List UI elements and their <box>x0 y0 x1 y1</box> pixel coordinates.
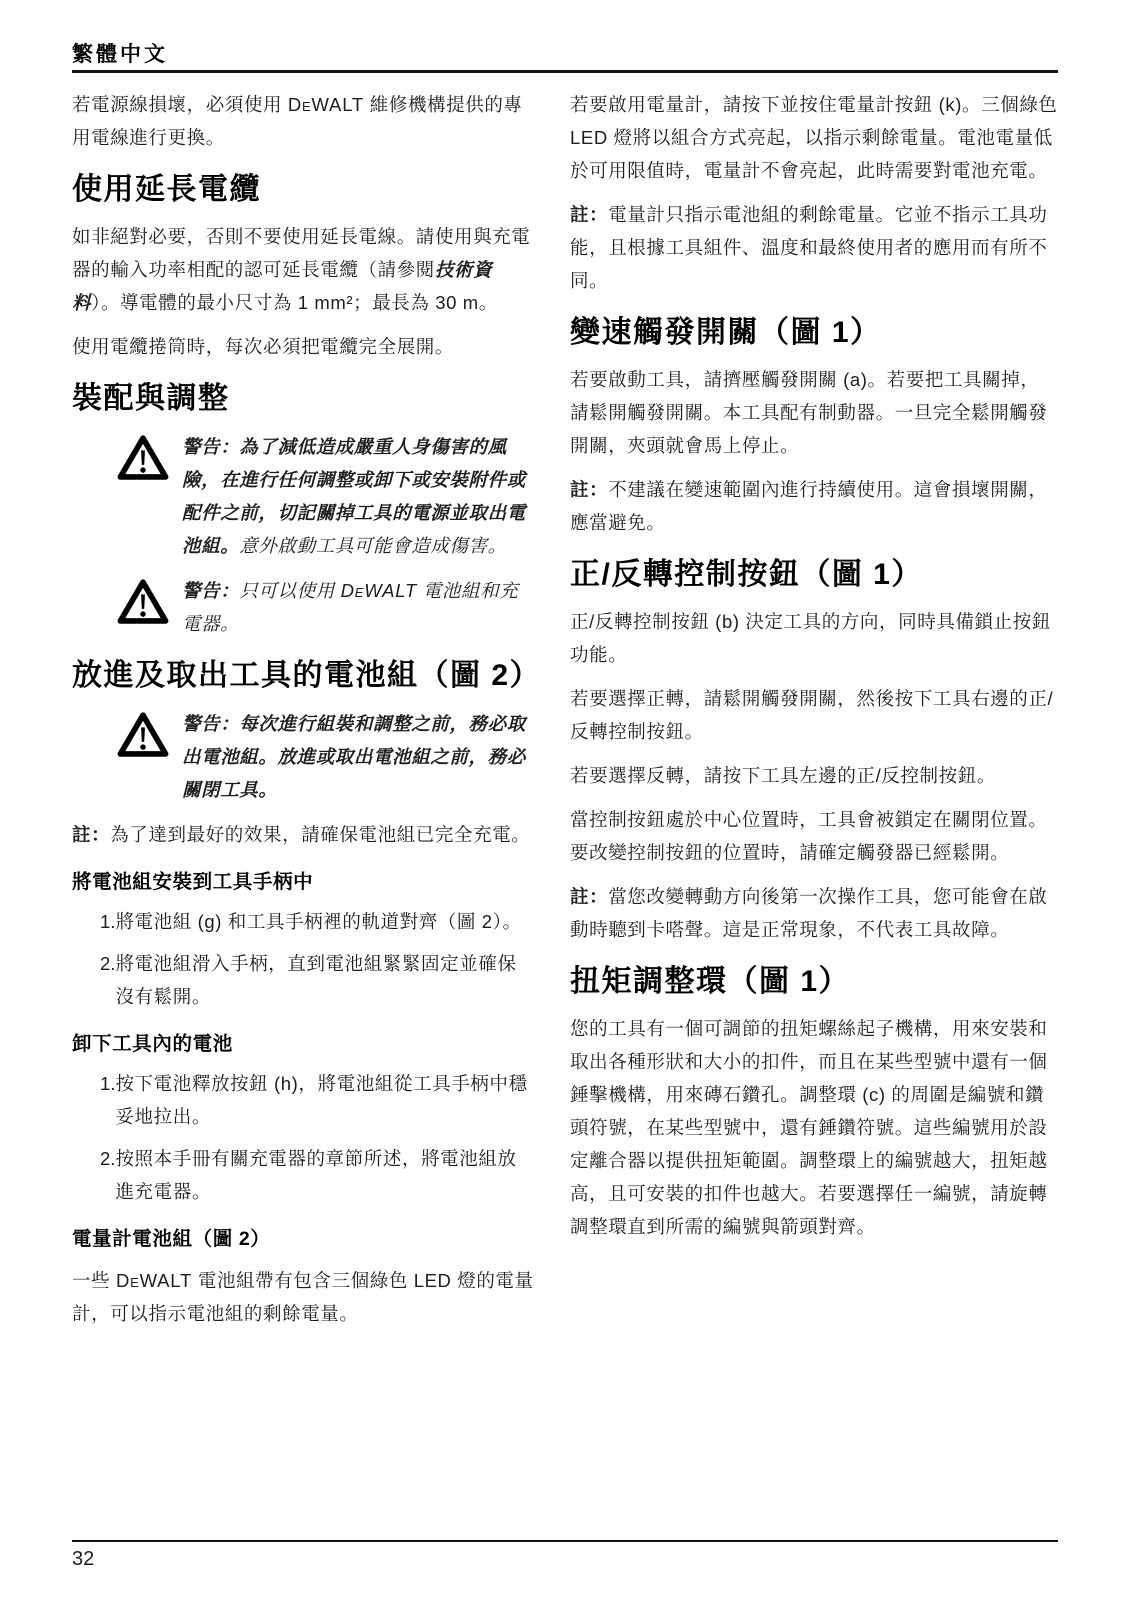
text-segment: 為了達到最好的效果，請確保電池組已完全充電。 <box>110 824 530 845</box>
text-segment: 正/反轉控制按鈕 (b) 決定工具的方向，同時具備鎖止按鈕功能。 <box>570 611 1051 665</box>
text-segment: 將電池組 (g) 和工具手柄裡的軌道對齊（圖 2）。 <box>115 911 521 932</box>
numbered-list: 1.按下電池釋放按鈕 (h)，將電池組從工具手柄中穩妥地拉出。2.按照本手冊有關… <box>72 1067 535 1208</box>
text-segment: 只可以使用 <box>239 580 340 601</box>
text-segment: DeWALT <box>116 1270 192 1291</box>
paragraph: 一些 DeWALT 電池組帶有包含三個綠色 LED 燈的電量計，可以指示電池組的… <box>72 1264 535 1330</box>
list-item-marker: 1. <box>72 1067 115 1133</box>
numbered-list: 1.將電池組 (g) 和工具手柄裡的軌道對齊（圖 2）。2.將電池組滑入手柄，直… <box>72 905 535 1013</box>
warning-note: 警告：為了減低造成嚴重人身傷害的風險，在進行任何調整或卸下或安裝附件或配件之前，… <box>72 430 535 562</box>
section-heading: 放進及取出工具的電池組（圖 2） <box>72 657 535 695</box>
warning-triangle-icon <box>117 579 169 625</box>
section-heading: 扭矩調整環（圖 1） <box>570 963 1058 1001</box>
list-item: 2.將電池組滑入手柄，直到電池組緊緊固定並確保沒有鬆開。 <box>72 947 535 1013</box>
section-heading: 使用延長電纜 <box>72 171 535 209</box>
paragraph: 使用電纜捲筒時，每次必須把電纜完全展開。 <box>72 330 535 363</box>
text-segment: 若要啟動工具，請擠壓觸發開關 (a)。若要把工具關掉，請鬆開觸發開關。本工具配有… <box>570 369 1048 456</box>
text-segment: 電量計只指示電池組的剩餘電量。它並不指示工具功能，且根據工具組件、溫度和最終使用… <box>570 204 1048 291</box>
text-segment: DeWALT <box>288 94 364 115</box>
paragraph: 您的工具有一個可調節的扭矩螺絲起子機構，用來安裝和取出各種形狀和大小的扣件，而且… <box>570 1012 1058 1243</box>
list-item-marker: 2. <box>72 1142 115 1208</box>
text-segment: 按下電池釋放按鈕 (h)，將電池組從工具手柄中穩妥地拉出。 <box>115 1073 527 1127</box>
footer-rule <box>72 1540 1058 1542</box>
text-segment: 若要啟用電量計，請按下並按住電量計按鈕 (k)。三個綠色 LED 燈將以組合方式… <box>570 94 1058 181</box>
section-heading: 裝配與調整 <box>72 380 535 418</box>
text-segment: 使用電纜捲筒時，每次必須把電纜完全展開。 <box>72 336 454 357</box>
text-segment: 一些 <box>72 1270 116 1291</box>
header-rule <box>72 70 1058 73</box>
text-segment: 警告：每次進行組裝和調整之前，務必取出電池組。放進或取出電池組之前，務必關閉工具… <box>182 713 526 800</box>
text-segment: 當控制按鈕處於中心位置時，工具會被鎖定在關閉位置。要改變控制按鈕的位置時，請確定… <box>570 809 1048 863</box>
paragraph: 若要選擇正轉，請鬆開觸發開關，然後按下工具右邊的正/反轉控制按鈕。 <box>570 682 1058 748</box>
text-segment: 註： <box>570 204 608 225</box>
paragraph: 如非絕對必要，否則不要使用延長電線。請使用與充電器的輸入功率相配的認可延長電纜（… <box>72 220 535 319</box>
list-item-text: 按照本手冊有關充電器的章節所述，將電池組放進充電器。 <box>115 1142 535 1208</box>
list-item-text: 按下電池釋放按鈕 (h)，將電池組從工具手柄中穩妥地拉出。 <box>115 1067 535 1133</box>
paragraph: 若要選擇反轉，請按下工具左邊的正/反控制按鈕。 <box>570 759 1058 792</box>
warning-icon-cell <box>72 574 182 640</box>
text-segment: 註： <box>72 824 110 845</box>
list-item-text: 將電池組 (g) 和工具手柄裡的軌道對齊（圖 2）。 <box>115 905 535 938</box>
warning-icon-cell <box>72 430 182 562</box>
list-item-marker: 2. <box>72 947 115 1013</box>
paragraph: 當控制按鈕處於中心位置時，工具會被鎖定在關閉位置。要改變控制按鈕的位置時，請確定… <box>570 803 1058 869</box>
warning-text: 警告：每次進行組裝和調整之前，務必取出電池組。放進或取出電池組之前，務必關閉工具… <box>182 707 535 806</box>
paragraph: 註：為了達到最好的效果，請確保電池組已完全充電。 <box>72 818 535 851</box>
text-segment: 將電池組滑入手柄，直到電池組緊緊固定並確保沒有鬆開。 <box>115 953 516 1007</box>
paragraph: 若要啟動工具，請擠壓觸發開關 (a)。若要把工具關掉，請鬆開觸發開關。本工具配有… <box>570 363 1058 462</box>
text-segment: 若電源線損壞，必須使用 <box>72 94 288 115</box>
paragraph: 註：電量計只指示電池組的剩餘電量。它並不指示工具功能，且根據工具組件、溫度和最終… <box>570 198 1058 297</box>
text-segment: ）。導電體的最小尺寸為 1 mm²；最長為 30 m。 <box>91 292 498 313</box>
list-item: 1.將電池組 (g) 和工具手柄裡的軌道對齊（圖 2）。 <box>72 905 535 938</box>
column-right: 若要啟用電量計，請按下並按住電量計按鈕 (k)。三個綠色 LED 燈將以組合方式… <box>570 86 1058 1254</box>
paragraph: 正/反轉控制按鈕 (b) 決定工具的方向，同時具備鎖止按鈕功能。 <box>570 605 1058 671</box>
paragraph: 註：當您改變轉動方向後第一次操作工具，您可能會在啟動時聽到卡嗒聲。這是正常現象，… <box>570 880 1058 946</box>
text-segment: 不建議在變速範圍內進行持續使用。這會損壞開關，應當避免。 <box>570 479 1048 533</box>
paragraph: 註：不建議在變速範圍內進行持續使用。這會損壞開關，應當避免。 <box>570 473 1058 539</box>
list-item-text: 將電池組滑入手柄，直到電池組緊緊固定並確保沒有鬆開。 <box>115 947 535 1013</box>
text-segment: 若要選擇反轉，請按下工具左邊的正/反控制按鈕。 <box>570 765 996 786</box>
text-segment: 註： <box>570 886 608 907</box>
warning-triangle-icon <box>117 435 169 481</box>
warning-icon-cell <box>72 707 182 806</box>
text-segment: 您的工具有一個可調節的扭矩螺絲起子機構，用來安裝和取出各種形狀和大小的扣件，而且… <box>570 1018 1048 1237</box>
warning-text: 警告：只可以使用 DeWALT 電池組和充電器。 <box>182 574 535 640</box>
list-item: 2.按照本手冊有關充電器的章節所述，將電池組放進充電器。 <box>72 1142 535 1208</box>
warning-note: 警告：每次進行組裝和調整之前，務必取出電池組。放進或取出電池組之前，務必關閉工具… <box>72 707 535 806</box>
text-segment: 按照本手冊有關充電器的章節所述，將電池組放進充電器。 <box>115 1148 516 1202</box>
list-item: 1.按下電池釋放按鈕 (h)，將電池組從工具手柄中穩妥地拉出。 <box>72 1067 535 1133</box>
sub-heading: 將電池組安裝到工具手柄中 <box>72 868 535 896</box>
warning-text: 警告：為了減低造成嚴重人身傷害的風險，在進行任何調整或卸下或安裝附件或配件之前，… <box>182 430 535 562</box>
paragraph: 若電源線損壞，必須使用 DeWALT 維修機構提供的專用電線進行更換。 <box>72 88 535 154</box>
column-left: 若電源線損壞，必須使用 DeWALT 維修機構提供的專用電線進行更換。使用延長電… <box>72 86 535 1341</box>
text-segment: 當您改變轉動方向後第一次操作工具，您可能會在啟動時聽到卡嗒聲。這是正常現象，不代… <box>570 886 1048 940</box>
text-segment: 註： <box>570 479 608 500</box>
sub-heading: 卸下工具內的電池 <box>72 1030 535 1058</box>
sub-heading: 電量計電池組（圖 2） <box>72 1225 535 1253</box>
list-item-marker: 1. <box>72 905 115 938</box>
section-heading: 變速觸發開關（圖 1） <box>570 314 1058 352</box>
warning-triangle-icon <box>117 712 169 758</box>
text-segment: 意外啟動工具可能會造成傷害。 <box>239 535 506 556</box>
text-segment: DeWALT <box>341 580 418 601</box>
text-segment: 若要選擇正轉，請鬆開觸發開關，然後按下工具右邊的正/反轉控制按鈕。 <box>570 688 1053 742</box>
warning-note: 警告：只可以使用 DeWALT 電池組和充電器。 <box>72 574 535 640</box>
paragraph: 若要啟用電量計，請按下並按住電量計按鈕 (k)。三個綠色 LED 燈將以組合方式… <box>570 88 1058 187</box>
page-number: 32 <box>72 1548 94 1571</box>
text-segment: 警告： <box>182 580 239 601</box>
section-heading: 正/反轉控制按鈕（圖 1） <box>570 556 1058 594</box>
page-content: 若電源線損壞，必須使用 DeWALT 維修機構提供的專用電線進行更換。使用延長電… <box>72 86 1058 1341</box>
language-label: 繁體中文 <box>72 38 168 68</box>
manual-page: 繁體中文 若電源線損壞，必須使用 DeWALT 維修機構提供的專用電線進行更換。… <box>0 0 1130 1601</box>
